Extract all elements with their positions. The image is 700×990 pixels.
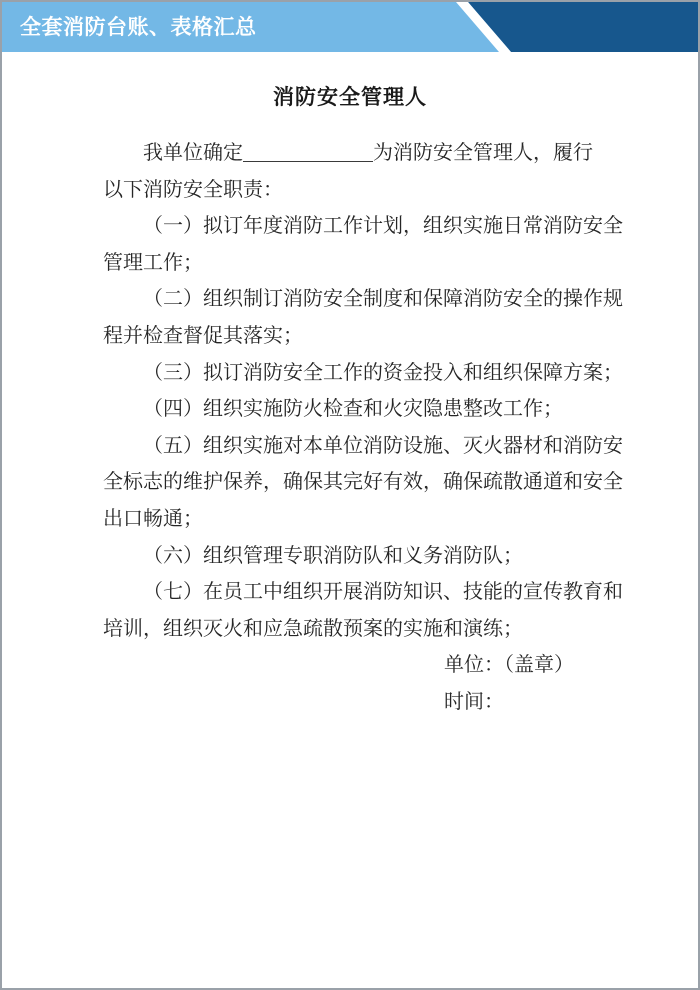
document-body: 消防安全管理人 我单位确定为消防安全管理人，履行 以下消防安全职责： （一）拟订… [2, 52, 698, 721]
duty-paragraph: （一）拟订年度消防工作计划，组织实施日常消防安全 管理工作； [103, 208, 635, 281]
duty-paragraph: （二）组织制订消防安全制度和保障消防安全的操作规 程并检查督促其落实； [103, 281, 635, 354]
signature-time-line: 时间： [444, 684, 635, 721]
intro-paragraph: 我单位确定为消防安全管理人，履行 以下消防安全职责： [103, 135, 635, 208]
page-title: 消防安全管理人 [2, 52, 698, 110]
document-page: 全套消防台账、表格汇总 消防安全管理人 我单位确定为消防安全管理人，履行 以下消… [0, 0, 700, 990]
intro-before-blank: 我单位确定 [143, 142, 243, 164]
duty-paragraph: （三）拟订消防安全工作的资金投入和组织保障方案； [103, 355, 635, 392]
banner-title: 全套消防台账、表格汇总 [20, 2, 257, 52]
duty-paragraph: （四）组织实施防火检查和火灾隐患整改工作； [103, 391, 635, 428]
signature-block: 单位：（盖章） 时间： [103, 647, 635, 720]
fill-in-blank-underline [243, 161, 373, 162]
duty-paragraph: （五）组织实施对本单位消防设施、灭火器材和消防安 全标志的维护保养，确保其完好有… [103, 428, 635, 538]
signature-unit-line: 单位：（盖章） [444, 647, 635, 684]
document-content: 我单位确定为消防安全管理人，履行 以下消防安全职责： （一）拟订年度消防工作计划… [103, 135, 635, 721]
banner: 全套消防台账、表格汇总 [2, 2, 698, 52]
duty-paragraph: （六）组织管理专职消防队和义务消防队； [103, 538, 635, 575]
duty-paragraph: （七）在员工中组织开展消防知识、技能的宣传教育和 培训，组织灭火和应急疏散预案的… [103, 574, 635, 647]
duties-list: （一）拟订年度消防工作计划，组织实施日常消防安全 管理工作；（二）组织制订消防安… [103, 208, 635, 647]
